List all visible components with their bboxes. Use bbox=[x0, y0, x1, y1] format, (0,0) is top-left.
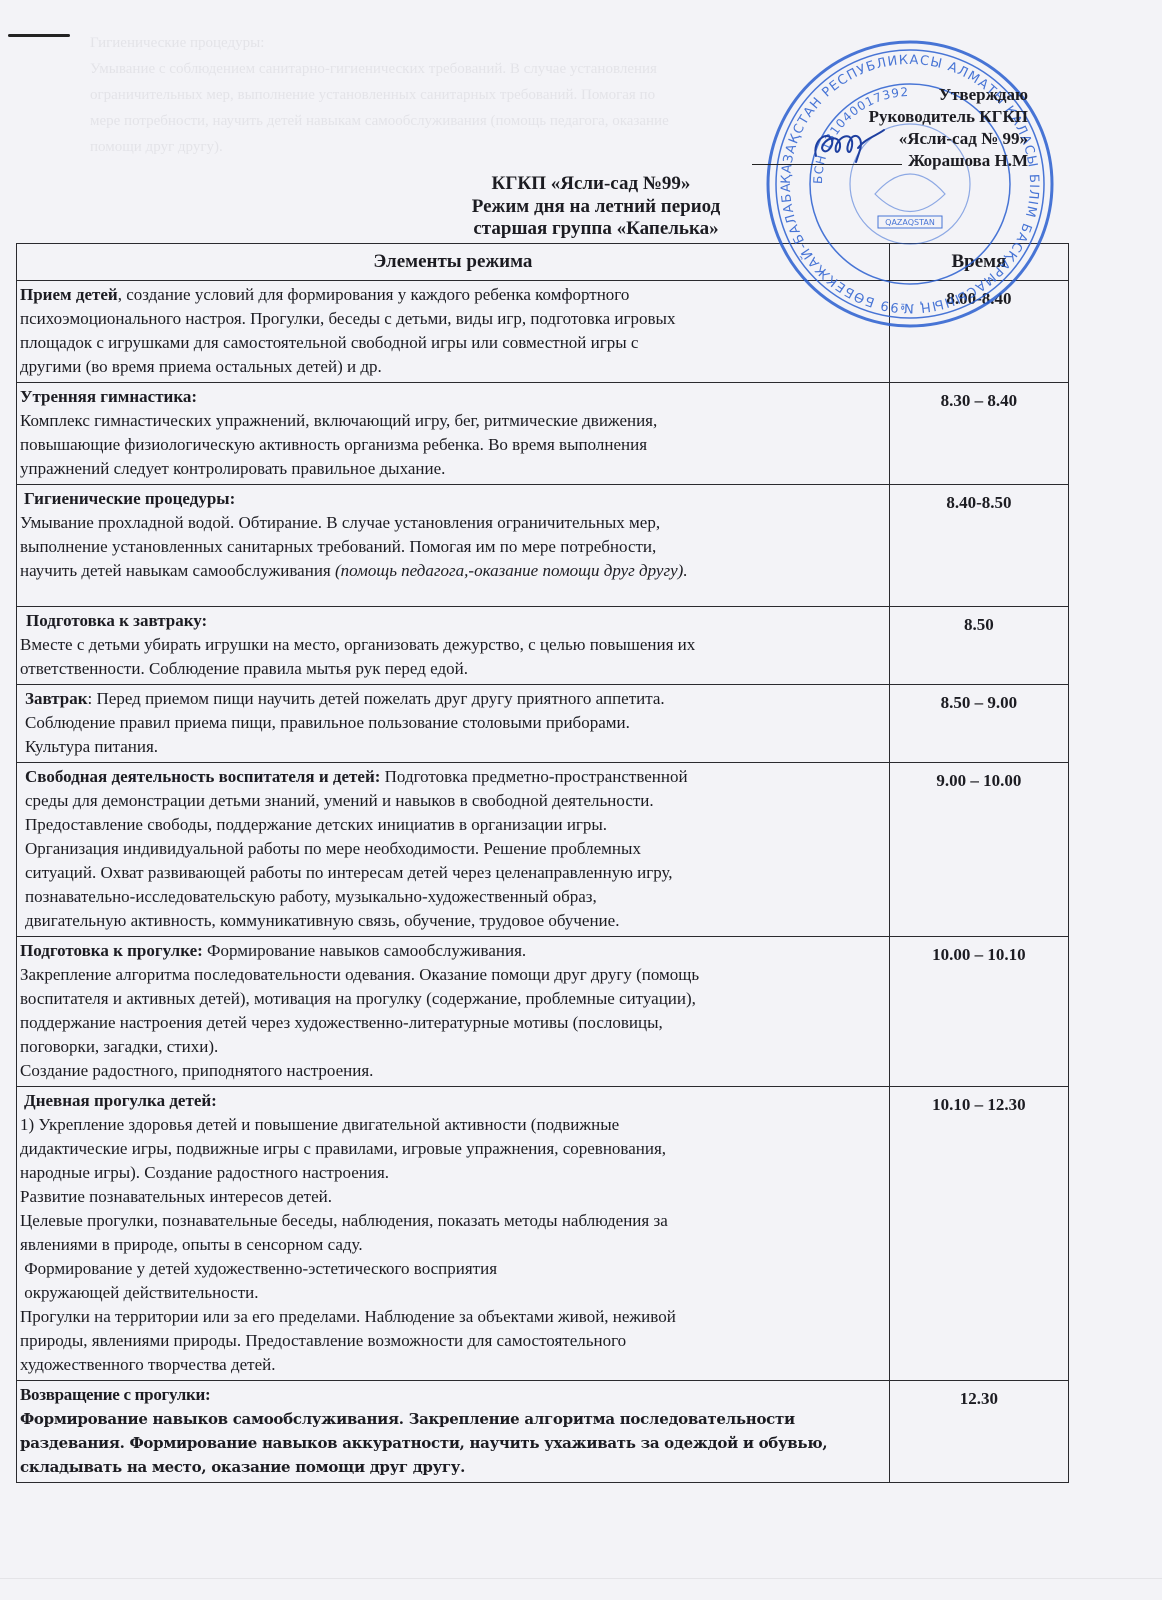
time-cell: 8.50 – 9.00 bbox=[889, 685, 1068, 763]
row-title: Прием детей bbox=[20, 285, 118, 304]
daily-regime-table: Элементы режима Время Прием детей, созда… bbox=[16, 243, 1069, 1483]
approval-name: Жорашова Н.М bbox=[869, 150, 1028, 172]
organization-title: КГКП «Ясли-сад №99» bbox=[20, 172, 1162, 196]
time-cell: 10.10 – 12.30 bbox=[889, 1087, 1068, 1381]
approval-block: Утверждаю Руководитель КГКП «Ясли-сад № … bbox=[869, 84, 1028, 172]
time-cell: 8.40-8.50 bbox=[889, 485, 1068, 607]
table-row: Гигиенические процедуры: Умывание прохла… bbox=[17, 485, 1069, 607]
approval-label: Утверждаю bbox=[869, 84, 1028, 106]
row-title: Свободная деятельность воспитателя и дет… bbox=[25, 767, 380, 786]
time-cell: 8.50 bbox=[889, 607, 1068, 685]
regime-element-cell: Прием детей, создание условий для формир… bbox=[17, 281, 890, 383]
row-title: Утренняя гимнастика: bbox=[20, 385, 886, 409]
row-title: Подготовка к прогулке: bbox=[20, 941, 203, 960]
table-row: Дневная прогулка детей: 1) Укрепление зд… bbox=[17, 1087, 1069, 1381]
row-title: Завтрак bbox=[25, 689, 88, 708]
column-header-elements: Элементы режима bbox=[17, 244, 890, 281]
row-title: Гигиенические процедуры: bbox=[20, 487, 886, 511]
table-row: Возвращение с прогулки: Формирование нав… bbox=[17, 1381, 1069, 1483]
document-title: Режим дня на летний период bbox=[30, 196, 1162, 218]
regime-element-cell: Подготовка к завтраку: Вместе с детьми у… bbox=[17, 607, 890, 685]
approval-organization: «Ясли-сад № 99» bbox=[869, 128, 1028, 150]
row-title: Дневная прогулка детей: bbox=[20, 1089, 886, 1113]
document-header: КГКП «Ясли-сад №99» Режим дня на летний … bbox=[0, 172, 1162, 240]
time-cell: 8.30 – 8.40 bbox=[889, 383, 1068, 485]
regime-element-cell: Утренняя гимнастика: Комплекс гимнастиче… bbox=[17, 383, 890, 485]
group-title: старшая группа «Капелька» bbox=[30, 218, 1162, 240]
approval-position: Руководитель КГКП bbox=[869, 106, 1028, 128]
table-row: Утренняя гимнастика: Комплекс гимнастиче… bbox=[17, 383, 1069, 485]
row-title: Подготовка к завтраку: bbox=[20, 609, 886, 633]
table-row: Подготовка к завтраку: Вместе с детьми у… bbox=[17, 607, 1069, 685]
signature-icon bbox=[810, 126, 890, 166]
corner-mark bbox=[8, 34, 70, 37]
table-row: Подготовка к прогулке: Формирование навы… bbox=[17, 937, 1069, 1087]
time-cell: 10.00 – 10.10 bbox=[889, 937, 1068, 1087]
table-row: Свободная деятельность воспитателя и дет… bbox=[17, 763, 1069, 937]
regime-element-cell: Дневная прогулка детей: 1) Укрепление зд… bbox=[17, 1087, 890, 1381]
regime-element-cell: Подготовка к прогулке: Формирование навы… bbox=[17, 937, 890, 1087]
row-title: Возвращение с прогулки: bbox=[20, 1383, 886, 1407]
time-cell: 12.30 bbox=[889, 1381, 1068, 1483]
regime-element-cell: Возвращение с прогулки: Формирование нав… bbox=[17, 1381, 890, 1483]
regime-element-cell: Завтрак: Перед приемом пищи научить дете… bbox=[17, 685, 890, 763]
page-bottom-edge bbox=[0, 1578, 1162, 1579]
regime-element-cell: Свободная деятельность воспитателя и дет… bbox=[17, 763, 890, 937]
regime-element-cell: Гигиенические процедуры: Умывание прохла… bbox=[17, 485, 890, 607]
table-row: Завтрак: Перед приемом пищи научить дете… bbox=[17, 685, 1069, 763]
italic-note: (помощь педагога,-оказание помощи друг д… bbox=[335, 561, 688, 580]
time-cell: 9.00 – 10.00 bbox=[889, 763, 1068, 937]
